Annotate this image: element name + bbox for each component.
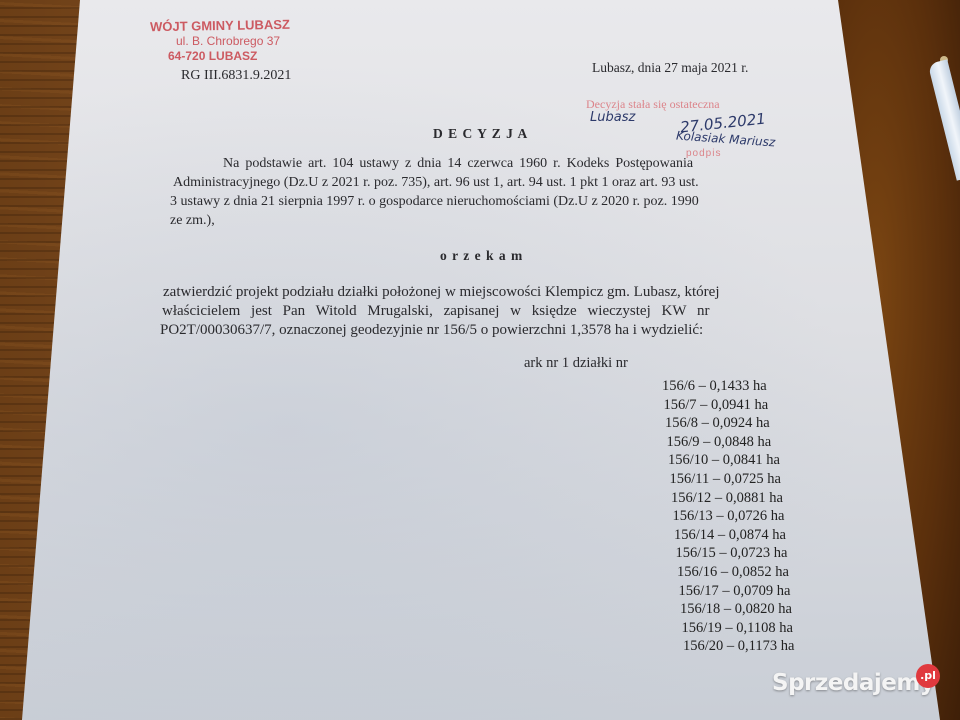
ruling-line-1: zatwierdzić projekt podziału działki poł… <box>163 284 720 301</box>
parcel-area: 0,0881 ha <box>726 490 783 506</box>
parcels-label: ark nr 1 działki nr <box>524 355 628 372</box>
legal-basis-line-3: 3 ustawy z dnia 21 sierpnia 1997 r. o go… <box>170 194 699 210</box>
office-stamp-line1: WÓJT GMINY LUBASZ <box>150 17 290 34</box>
document-paper <box>0 0 960 720</box>
parcel-number: 156/19 <box>682 620 722 636</box>
parcel-number: 156/7 <box>664 397 697 413</box>
ruling-line-3: PO2T/00030637/7, oznaczonej geodezyjnie … <box>160 322 703 339</box>
parcel-separator: – <box>713 508 728 524</box>
parcel-separator: – <box>708 452 723 468</box>
parcel-number: 156/13 <box>673 508 713 524</box>
parcel-area: 0,0725 ha <box>724 471 781 487</box>
parcel-area: 0,0820 ha <box>735 601 792 617</box>
parcel-separator: – <box>716 545 731 561</box>
parcel-number: 156/15 <box>676 545 716 561</box>
parcel-number: 156/8 <box>665 415 698 431</box>
office-stamp-line2: ul. B. Chrobrego 37 <box>176 34 280 48</box>
reference-number: RG III.6831.9.2021 <box>181 68 291 84</box>
parcel-number: 156/9 <box>667 434 700 450</box>
parcel-row: 156/13 – 0,0726 ha <box>673 508 795 527</box>
ruling-line-2: właścicielem jest Pan Witold Mrugalski, … <box>162 303 709 320</box>
parcel-number: 156/17 <box>679 583 719 599</box>
parcel-separator: – <box>719 583 734 599</box>
parcel-area: 0,0841 ha <box>723 452 780 468</box>
parcel-row: 156/6 – 0,1433 ha <box>662 378 794 397</box>
parcel-separator: – <box>700 434 715 450</box>
parcels-list: 156/6 – 0,1433 ha156/7 – 0,0941 ha156/8 … <box>662 378 794 657</box>
parcel-row: 156/7 – 0,0941 ha <box>664 397 795 416</box>
parcel-separator: – <box>722 620 737 636</box>
parcel-area: 0,0852 ha <box>732 564 789 580</box>
parcel-number: 156/11 <box>670 471 710 487</box>
parcel-area: 0,0924 ha <box>713 415 770 431</box>
parcel-separator: – <box>698 415 713 431</box>
parcel-number: 156/14 <box>674 527 714 543</box>
parcel-area: 0,0723 ha <box>730 545 787 561</box>
parcel-row: 156/11 – 0,0725 ha <box>670 471 795 490</box>
parcel-row: 156/19 – 0,1108 ha <box>682 620 795 639</box>
parcel-separator: – <box>695 378 710 394</box>
parcel-row: 156/10 – 0,0841 ha <box>668 452 794 471</box>
parcel-area: 0,0726 ha <box>727 508 784 524</box>
parcel-row: 156/17 – 0,0709 ha <box>679 583 795 602</box>
parcel-separator: – <box>723 638 738 654</box>
parcel-row: 156/8 – 0,0924 ha <box>665 415 794 434</box>
parcel-number: 156/10 <box>668 452 708 468</box>
parcel-separator: – <box>717 564 732 580</box>
legal-basis-line-2: Administracyjnego (Dz.U z 2021 r. poz. 7… <box>173 175 699 191</box>
watermark-brand: Sprzedajemy <box>772 670 934 696</box>
office-stamp-line3: 64-720 LUBASZ <box>168 49 257 63</box>
parcel-row: 156/15 – 0,0723 ha <box>676 545 795 564</box>
parcel-number: 156/18 <box>680 601 720 617</box>
handwritten-place: Lubasz <box>590 110 635 125</box>
parcel-area: 0,1108 ha <box>736 620 793 636</box>
place-and-date: Lubasz, dnia 27 maja 2021 r. <box>592 60 748 76</box>
parcel-number: 156/20 <box>683 638 723 654</box>
parcel-separator: – <box>709 471 724 487</box>
parcel-area: 0,1173 ha <box>738 638 795 654</box>
parcel-area: 0,1433 ha <box>710 378 767 394</box>
parcel-row: 156/16 – 0,0852 ha <box>677 564 794 583</box>
parcel-area: 0,0941 ha <box>711 397 768 413</box>
legal-basis-line-1: Na podstawie art. 104 ustawy z dnia 14 c… <box>223 156 693 172</box>
document-title: D E C Y Z J A <box>433 126 528 142</box>
parcel-separator: – <box>720 601 735 617</box>
ruling-heading: o r z e k a m <box>440 248 523 264</box>
parcel-area: 0,0848 ha <box>714 434 771 450</box>
parcel-row: 156/14 – 0,0874 ha <box>674 527 794 546</box>
parcel-number: 156/6 <box>662 378 695 394</box>
parcel-number: 156/16 <box>677 564 717 580</box>
parcel-number: 156/12 <box>671 490 711 506</box>
parcel-area: 0,0709 ha <box>733 583 790 599</box>
parcel-separator: – <box>714 527 729 543</box>
parcel-row: 156/18 – 0,0820 ha <box>680 601 794 620</box>
legal-basis-line-4: ze zm.), <box>170 213 215 229</box>
watermark-tld-badge: .pl <box>916 664 940 688</box>
parcel-row: 156/20 – 0,1173 ha <box>683 638 794 657</box>
parcel-area: 0,0874 ha <box>729 527 786 543</box>
parcel-separator: – <box>697 397 712 413</box>
parcel-row: 156/9 – 0,0848 ha <box>667 434 795 453</box>
parcel-separator: – <box>711 490 726 506</box>
parcel-row: 156/12 – 0,0881 ha <box>671 490 794 509</box>
